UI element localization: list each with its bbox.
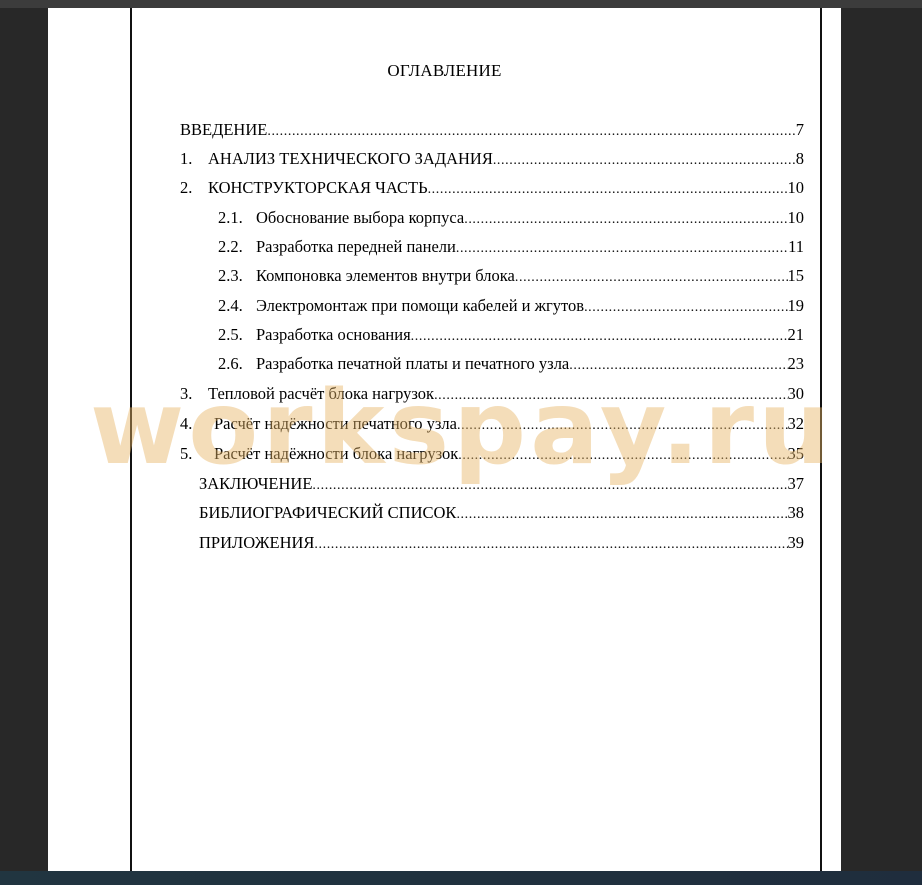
toc-entry-label: Разработка печатной платы и печатного уз… [256, 354, 569, 374]
dot-leader [456, 507, 787, 523]
toc-entry-page-number: 11 [788, 237, 804, 257]
toc-entry-label: Расчёт надёжности печатного узла [214, 414, 457, 434]
toc-entry-label: АНАЛИЗ ТЕХНИЧЕСКОГО ЗАДАНИЯ [208, 149, 493, 169]
toc-entry-label: Обоснование выбора корпуса [256, 208, 464, 228]
toc-entry-label: КОНСТРУКТОРСКАЯ ЧАСТЬ [208, 178, 428, 198]
toc-entry-label: Разработка основания [256, 325, 411, 345]
toc-entry[interactable]: 2.6.Разработка печатной платы и печатног… [218, 354, 804, 376]
dot-leader [493, 153, 796, 169]
toc-entry[interactable]: ВВЕДЕНИЕ7 [180, 120, 804, 142]
toc-entry-page-number: 19 [788, 296, 805, 316]
dot-leader [458, 448, 787, 464]
toc-entry[interactable]: ПРИЛОЖЕНИЯ39 [199, 533, 804, 555]
dot-leader [456, 241, 788, 257]
dot-leader [569, 358, 787, 374]
page-frame-right-border [820, 8, 822, 871]
document-page: ОГЛАВЛЕНИЕ ВВЕДЕНИЕ71.АНАЛИЗ ТЕХНИЧЕСКОГ… [48, 8, 841, 871]
toc-entry-page-number: 15 [788, 266, 805, 286]
toc-entry-label: БИБЛИОГРАФИЧЕСКИЙ СПИСОК [199, 503, 456, 523]
toc-entry-label: Расчёт надёжности блока нагрузок [214, 444, 458, 464]
toc-entry-number: 5. [180, 444, 214, 464]
toc-entry-label: ПРИЛОЖЕНИЯ [199, 533, 314, 553]
toc-entry[interactable]: 2.3.Компоновка элементов внутри блока15 [218, 266, 804, 288]
toc-entry-number: 2.6. [218, 354, 256, 374]
dot-leader [312, 478, 787, 494]
toc-entry[interactable]: 3.Тепловой расчёт блока нагрузок30 [180, 384, 804, 406]
toc-entry-label: Компоновка элементов внутри блока [256, 266, 515, 286]
dot-leader [434, 388, 787, 404]
toc-entry-number: 2.4. [218, 296, 256, 316]
toc-entry-page-number: 8 [796, 149, 804, 169]
toc-entry-page-number: 10 [788, 178, 805, 198]
toc-entry-label: ЗАКЛЮЧЕНИЕ [199, 474, 312, 494]
toc-entry-number: 1. [180, 149, 208, 169]
toc-entry[interactable]: 2.КОНСТРУКТОРСКАЯ ЧАСТЬ10 [180, 178, 804, 200]
toc-entry-label: Электромонтаж при помощи кабелей и жгуто… [256, 296, 584, 316]
toc-entry[interactable]: 2.5.Разработка основания21 [218, 325, 804, 347]
dot-leader [515, 270, 788, 286]
toc-entry[interactable]: ЗАКЛЮЧЕНИЕ37 [199, 474, 804, 496]
toc-entry-page-number: 35 [788, 444, 805, 464]
toc-entry[interactable]: 5.Расчёт надёжности блока нагрузок35 [180, 444, 804, 466]
toc-entry[interactable]: БИБЛИОГРАФИЧЕСКИЙ СПИСОК38 [199, 503, 804, 525]
toc-entry-label: Тепловой расчёт блока нагрузок [208, 384, 434, 404]
toc-entry-label: ВВЕДЕНИЕ [180, 120, 267, 140]
toc-heading: ОГЛАВЛЕНИЕ [48, 61, 841, 81]
toc-entry-page-number: 21 [788, 325, 805, 345]
toc-entry[interactable]: 2.1.Обоснование выбора корпуса10 [218, 208, 804, 230]
dot-leader [584, 300, 787, 316]
toc-entry-page-number: 30 [788, 384, 805, 404]
toc-entry-page-number: 38 [788, 503, 805, 523]
toc-entry-number: 2.1. [218, 208, 256, 228]
toc-entry-page-number: 7 [796, 120, 804, 140]
dot-leader [314, 537, 787, 553]
page-frame-left-border [130, 8, 132, 871]
dot-leader [428, 182, 788, 198]
toc-entry-number: 2.3. [218, 266, 256, 286]
toc-entry-page-number: 39 [788, 533, 805, 553]
toc-entry-number: 2.2. [218, 237, 256, 257]
toc-entry-page-number: 37 [788, 474, 805, 494]
dot-leader [464, 212, 787, 228]
toc-entry[interactable]: 2.4.Электромонтаж при помощи кабелей и ж… [218, 296, 804, 318]
dot-leader [267, 124, 795, 140]
toc-entry[interactable]: 4.Расчёт надёжности печатного узла32 [180, 414, 804, 436]
dot-leader [457, 418, 788, 434]
viewer-top-bar [0, 0, 922, 8]
toc-entry-number: 4. [180, 414, 214, 434]
toc-entry[interactable]: 2.2.Разработка передней панели11 [218, 237, 804, 259]
dot-leader [411, 329, 788, 345]
toc-entry[interactable]: 1.АНАЛИЗ ТЕХНИЧЕСКОГО ЗАДАНИЯ8 [180, 149, 804, 171]
toc-entry-page-number: 23 [788, 354, 805, 374]
toc-entry-label: Разработка передней панели [256, 237, 456, 257]
toc-entry-number: 2. [180, 178, 208, 198]
viewer-bottom-bar [0, 871, 922, 885]
toc-entry-page-number: 10 [788, 208, 805, 228]
toc-entry-number: 2.5. [218, 325, 256, 345]
toc-entry-number: 3. [180, 384, 208, 404]
toc-entry-page-number: 32 [788, 414, 805, 434]
